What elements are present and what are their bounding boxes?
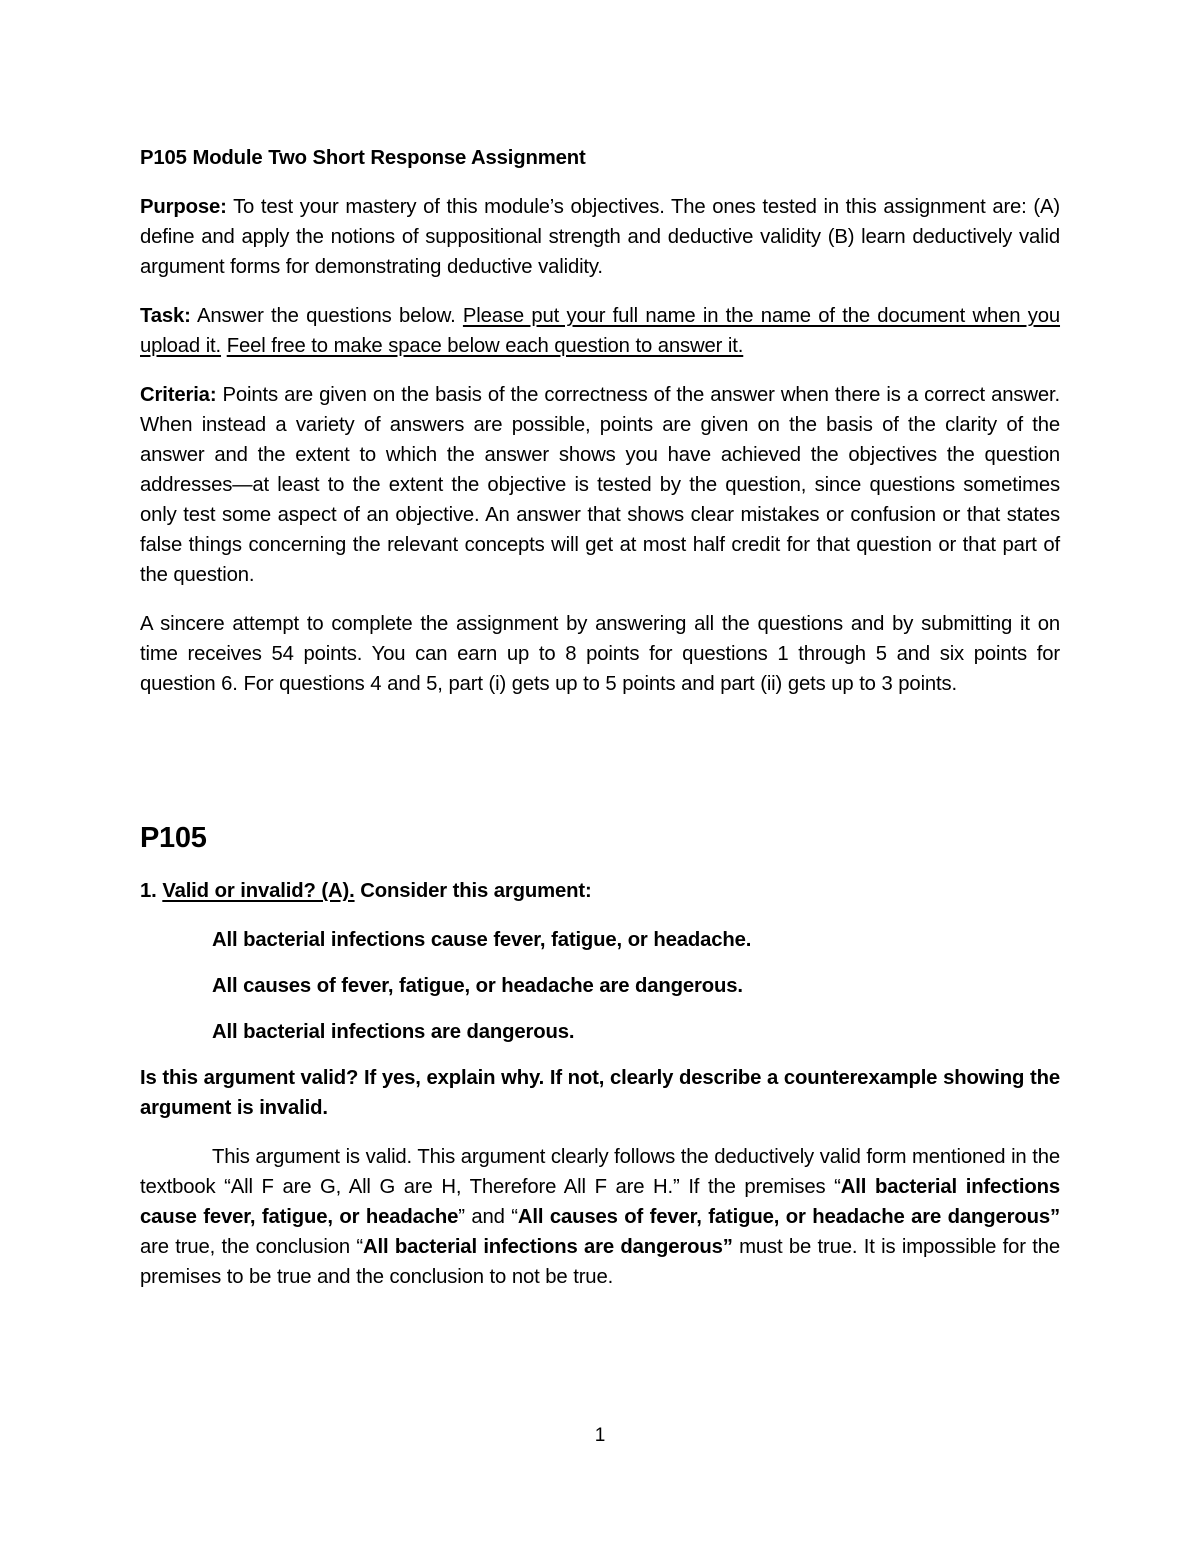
- purpose-paragraph-segment: Purpose:: [140, 196, 227, 218]
- question-1-prompt-segment: Is this argument valid? If yes, explain …: [140, 1067, 1060, 1119]
- task-paragraph-segment: Feel free to make space below each quest…: [227, 335, 744, 357]
- task-paragraph-segment: Answer the questions below.: [191, 305, 463, 327]
- premise-1-segment: All bacterial infections cause fever, fa…: [212, 929, 751, 951]
- criteria-paragraph-segment: Points are given on the basis of the cor…: [140, 384, 1060, 586]
- answer-1: This argument is valid. This argument cl…: [140, 1142, 1060, 1292]
- doc-title-segment: P105 Module Two Short Response Assignmen…: [140, 147, 586, 169]
- premise-2: All causes of fever, fatigue, or headach…: [212, 971, 1060, 1001]
- premise-1: All bacterial infections cause fever, fa…: [212, 925, 1060, 955]
- question-1-label-segment: Consider this argument:: [355, 880, 592, 902]
- conclusion-segment: All bacterial infections are dangerous.: [212, 1021, 574, 1043]
- answer-1-segment: ” and “: [458, 1206, 518, 1228]
- answer-1-segment: All bacterial infections are dangerous”: [363, 1236, 733, 1258]
- criteria-paragraph-segment: Criteria:: [140, 384, 216, 406]
- document-page: P105 Module Two Short Response Assignmen…: [0, 0, 1200, 1553]
- purpose-paragraph: Purpose: To test your mastery of this mo…: [140, 192, 1060, 282]
- question-1-label: 1. Valid or invalid? (A). Consider this …: [140, 876, 1060, 906]
- question-1-label-segment: 1.: [140, 880, 162, 902]
- purpose-paragraph-segment: To test your mastery of this module’s ob…: [140, 196, 1060, 278]
- premise-2-segment: All causes of fever, fatigue, or headach…: [212, 975, 743, 997]
- answer-1-segment: All causes of fever, fatigue, or headach…: [518, 1206, 1060, 1228]
- question-1-label-segment: Valid or invalid? (A).: [162, 880, 354, 902]
- question-1-prompt: Is this argument valid? If yes, explain …: [140, 1063, 1060, 1123]
- doc-title: P105 Module Two Short Response Assignmen…: [140, 143, 1060, 173]
- points-paragraph: A sincere attempt to complete the assign…: [140, 609, 1060, 699]
- task-paragraph-segment: Task:: [140, 305, 191, 327]
- document-blocks: P105 Module Two Short Response Assignmen…: [140, 143, 1060, 1311]
- criteria-paragraph: Criteria: Points are given on the basis …: [140, 380, 1060, 590]
- course-heading: P105: [140, 817, 1060, 859]
- conclusion: All bacterial infections are dangerous.: [212, 1017, 1060, 1047]
- task-paragraph: Task: Answer the questions below. Please…: [140, 301, 1060, 361]
- course-heading-segment: P105: [140, 822, 207, 854]
- answer-1-segment: are true, the conclusion “: [140, 1236, 363, 1258]
- page-number: 1: [0, 1424, 1200, 1448]
- points-paragraph-segment: A sincere attempt to complete the assign…: [140, 613, 1060, 695]
